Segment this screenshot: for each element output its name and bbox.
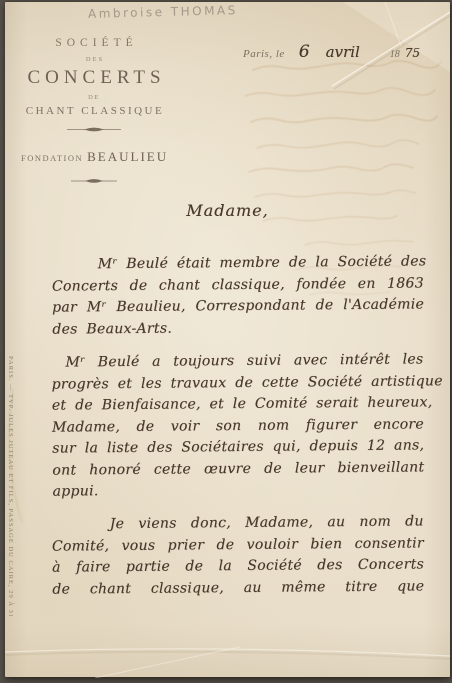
dateline: Paris, le 6 avril 18 75 <box>243 42 420 62</box>
handwritten-line: Je viens donc, Madame, au nom du <box>52 511 424 536</box>
handwritten-line: et de Bienfaisance, et le Comité serait … <box>52 392 424 417</box>
ornament-divider-icon <box>21 121 167 139</box>
paragraph: Je viens donc, Madame, au nom du Comité,… <box>52 511 425 600</box>
dateline-printed-prefix: Paris, le <box>243 48 285 60</box>
fondation-label: FONDATION <box>21 153 83 163</box>
handwritten-line: Mʳ Beulé a toujours suivi avec intérêt l… <box>51 349 423 374</box>
handwritten-line: de chant classique, au même titre que <box>52 576 424 601</box>
handwritten-line: ont honoré cette œuvre de leur bienveill… <box>52 457 424 482</box>
salutation: Madame, <box>5 201 450 220</box>
dateline-year-printed: 18 <box>390 49 400 60</box>
letterhead: SOCIÉTÉ DES CONCERTS DE CHANT CLASSIQUE … <box>21 37 167 190</box>
handwritten-line: appui. <box>52 478 424 503</box>
scanned-letter: Ambroise THOMAS SOCIÉTÉ DES CONCERTS DE … <box>0 0 452 683</box>
handwritten-line: sur la liste des Sociétaires qui, depuis… <box>52 435 424 460</box>
fondation-name: BEAULIEU <box>87 149 168 164</box>
paragraph: Mʳ Beulé a toujours suivi avec intérêt l… <box>51 349 424 503</box>
letterhead-des: DES <box>21 56 167 63</box>
handwritten-line: Mʳ Beulé était membre de la Société des <box>52 251 424 276</box>
letterhead-de: DE <box>21 94 167 101</box>
letter-page: Ambroise THOMAS SOCIÉTÉ DES CONCERTS DE … <box>5 2 450 677</box>
dateline-day-handwritten: 6 <box>299 42 310 62</box>
letterhead-concerts: CONCERTS <box>21 67 167 89</box>
dateline-month-handwritten: avril <box>326 43 360 61</box>
handwritten-line: par Mʳ Beaulieu, Correspondant de l'Acad… <box>52 294 424 319</box>
paragraph: Mʳ Beulé était membre de la Société des … <box>52 251 425 340</box>
ornament-divider-icon <box>21 172 167 190</box>
letterhead-chant-classique: CHANT CLASSIQUE <box>21 105 167 117</box>
letterhead-fondation: FONDATION BEAULIEU <box>21 148 167 166</box>
letterhead-societe: SOCIÉTÉ <box>21 37 167 49</box>
handwritten-line: à faire partie de la Société des Concert… <box>52 554 424 579</box>
printer-imprint: PARIS. — TYP. JULES JUTEAU ET FILS, PASS… <box>7 356 14 618</box>
handwritten-line: des Beaux-Arts. <box>52 316 424 341</box>
dateline-year-handwritten: 75 <box>405 46 420 60</box>
